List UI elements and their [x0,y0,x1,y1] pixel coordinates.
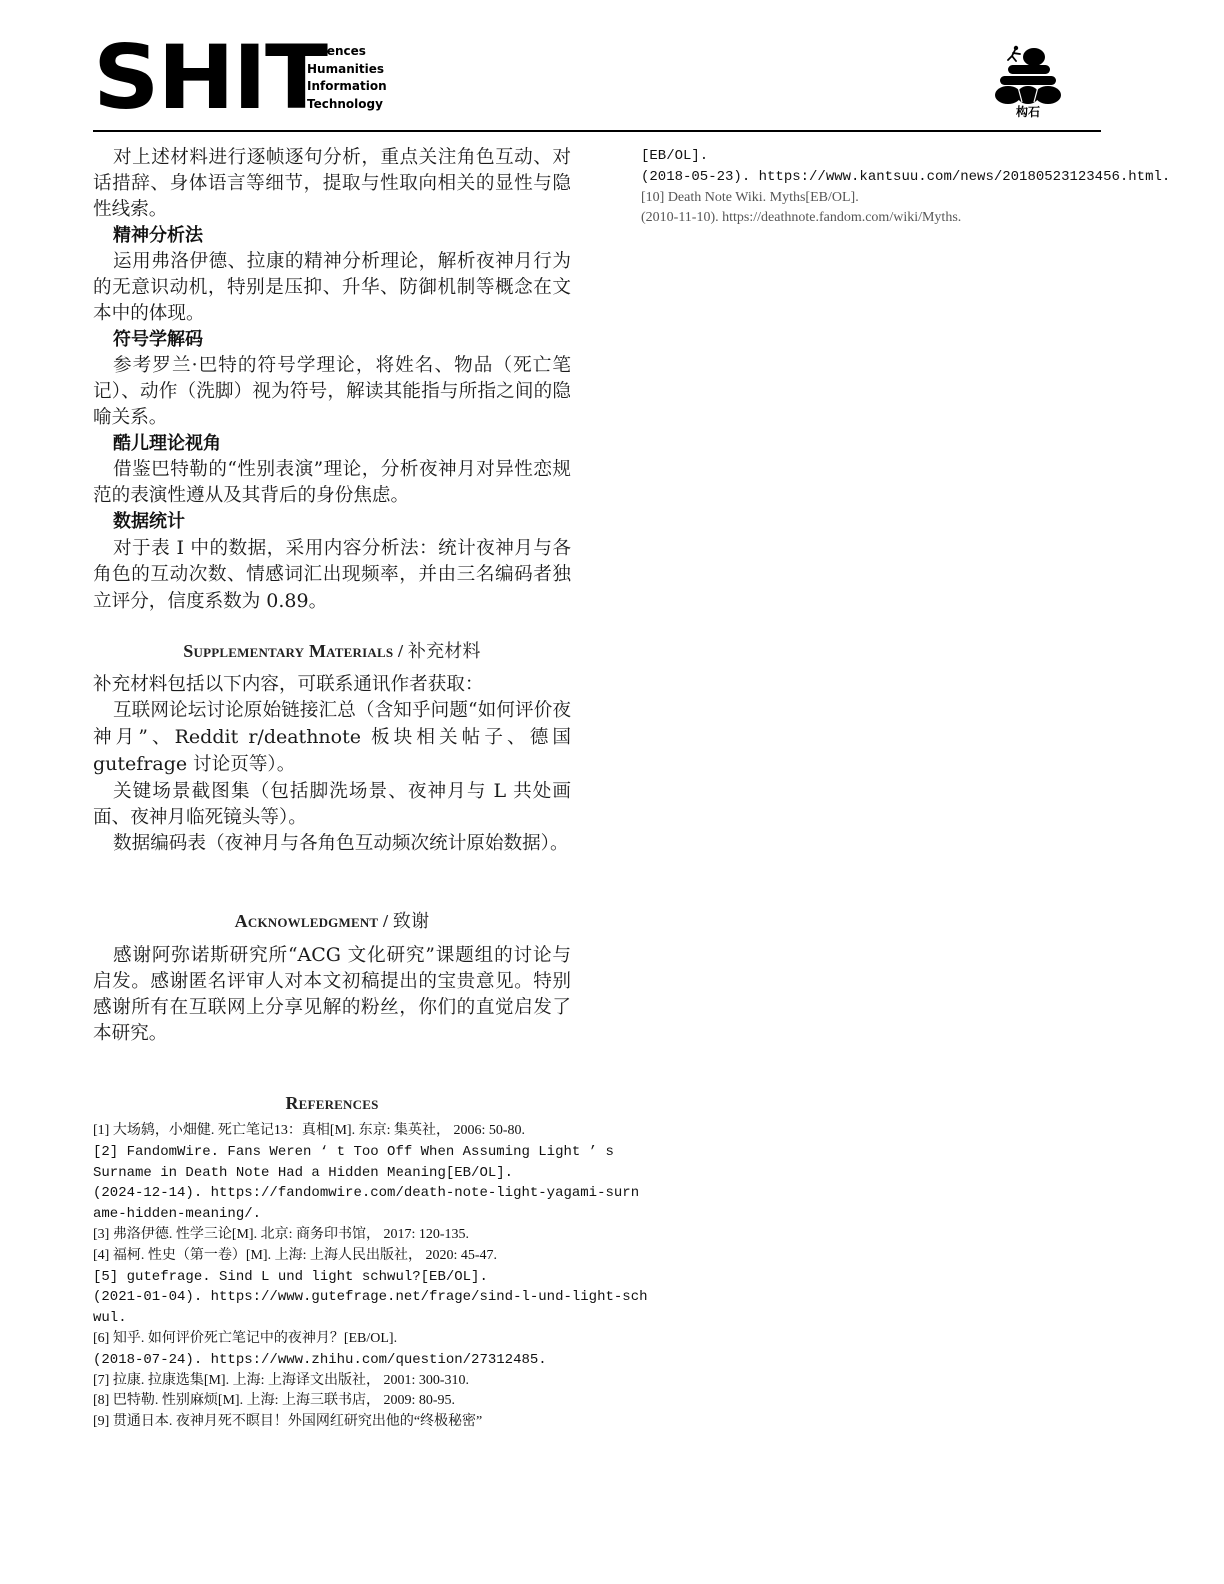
reference-line: [5] gutefrage. Sind L und light schwul?[… [93,1267,571,1288]
gutefrage-site-name: gutefrage [93,753,187,775]
brand-mark: 构石 [993,44,1063,124]
reference-link[interactable]: wul. [93,1308,571,1329]
acg-abbrev: ACG [297,944,340,966]
reference-line: [6] 知乎. 如何评价死亡笔记中的夜神月？[EB/OL]. [93,1329,571,1350]
supplementary-item: 互联网论坛讨论原始链接汇总（含知乎问题“如何评价夜神月”、Reddit r/de… [93,698,571,778]
text-span: 感谢阿弥诺斯研究所“ [113,945,297,966]
reference-link[interactable]: ame-hidden-meaning/. [93,1204,571,1225]
method-text-psychoanalysis: 运用弗洛伊德、拉康的精神分析理论，解析夜神月行为的无意识动机，特别是压抑、升华、… [93,249,571,327]
text-span: 数据编码表（夜神月与各角色互动频次统计原始数据）。 [113,833,569,854]
method-text-semiotics: 参考罗兰·巴特的符号学理论，将姓名、物品（死亡笔记）、动作（洗脚）视为符号，解读… [93,353,571,431]
supplementary-item: 关键场景截图集（包括脚洗场景、夜神月与 L 共处画面、夜神月临死镜头等）。 [93,778,571,831]
reference-line: Surname in Death Note Had a Hidden Meani… [93,1163,571,1184]
text-span: 关键场景截图集（包括脚洗场景、夜神月与 [113,781,493,802]
reference-line: [3] 弗洛伊德. 性学三论[M]. 北京: 商务印书馆， 2017: 120-… [93,1225,571,1246]
table-numeral: I [177,537,185,559]
method-heading-psychoanalysis: 精神分析法 [93,223,571,249]
supplementary-item: 数据编码表（夜神月与各角色互动频次统计原始数据）。 [93,831,571,857]
section-title-en: Supplementary Materials [183,641,393,661]
section-title-supplementary: Supplementary Materials / 补充材料 [93,639,571,664]
header-divider [93,130,1101,132]
section-title-en: Acknowledgment [235,911,379,931]
section-title-zh: 补充材料 [408,641,481,662]
reference-link[interactable]: (2018-05-23). https://www.kantsuu.com/ne… [641,167,1111,188]
reference-line: [EB/OL]. [641,146,1111,167]
brand-name: 构石 [993,105,1063,119]
method-text-queer-theory: 借鉴巴特勒的“性别表演”理论，分析夜神月对异性恋规范的表演性遵从及其背后的身份焦… [93,457,571,509]
page-header: SHIT Sciences Humanities Information Tec… [93,38,1101,130]
method-heading-statistics: 数据统计 [93,509,571,535]
method-text-statistics: 对于表 I 中的数据，采用内容分析法：统计夜神月与各角色的互动次数、情感词汇出现… [93,535,571,615]
right-column: [EB/OL]. (2018-05-23). https://www.kants… [641,146,1111,229]
tagline-line: Humanities [307,61,387,79]
reference-link[interactable]: (2021-01-04). https://www.gutefrage.net/… [93,1287,571,1308]
character-l: L [493,780,506,802]
reference-line: [8] 巴特勒. 性别麻烦[M]. 上海: 上海三联书店， 2009: 80-9… [93,1391,571,1412]
text-span: 对于表 [113,538,177,559]
section-title-separator: / [378,911,393,931]
text-span: 板块相关帖子、德国 [361,727,571,748]
tagline-line: Information [307,78,387,96]
reference-link[interactable]: (2024-12-14). https://fandomwire.com/dea… [93,1183,571,1204]
reddit-forum-name: Reddit r/deathnote [175,726,361,748]
reference-list-continued: [EB/OL]. (2018-05-23). https://www.kants… [641,146,1111,229]
intro-paragraph: 对上述材料进行逐帧逐句分析，重点关注角色互动、对话措辞、身体语言等细节，提取与性… [93,145,571,223]
reference-link[interactable]: (2018-07-24). https://www.zhihu.com/ques… [93,1350,571,1371]
section-title-references: References [93,1091,571,1115]
reference-line: [10] Death Note Wiki. Myths[EB/OL]. [641,188,1111,209]
tagline-line: Sciences [307,43,387,61]
method-heading-semiotics: 符号学解码 [93,327,571,353]
reference-line: [4] 福柯. 性史（第一卷）[M]. 上海: 上海人民出版社， 2020: 4… [93,1246,571,1267]
section-title-zh: 致谢 [393,911,429,932]
journal-logo-wordmark: SHIT [93,38,326,118]
reference-line: [7] 拉康. 拉康选集[M]. 上海: 上海译文出版社， 2001: 300-… [93,1371,571,1392]
section-title-separator: / [393,641,408,661]
reference-line: [1] 大场鸫，小畑健. 死亡笔记13：真相[M]. 东京: 集英社， 2006… [93,1121,571,1142]
method-heading-queer-theory: 酷儿理论视角 [93,431,571,457]
text-span: 讨论页等）。 [187,754,295,775]
text-span: 。 [309,591,328,612]
supplementary-intro: 补充材料包括以下内容，可联系通讯作者获取： [93,672,571,698]
left-column: 对上述材料进行逐帧逐句分析，重点关注角色互动、对话措辞、身体语言等细节，提取与性… [93,145,571,1433]
reference-line: [9] 贯通日本. 夜神月死不瞑目！外国网红研究出他的“终极秘密” [93,1412,571,1433]
reference-link[interactable]: (2010-11-10). https://deathnote.fandom.c… [641,208,1111,229]
section-title-acknowledgment: Acknowledgment / 致谢 [93,909,571,934]
reference-list: [1] 大场鸫，小畑健. 死亡笔记13：真相[M]. 东京: 集英社， 2006… [93,1121,571,1433]
stone-pyramid-icon [993,44,1063,104]
tagline-line: Technology [307,96,387,114]
acknowledgment-text: 感谢阿弥诺斯研究所“ACG 文化研究”课题组的讨论与启发。感谢匿名评审人对本文初… [93,942,571,1047]
journal-tagline: Sciences Humanities Information Technolo… [307,43,387,113]
reference-line: [2] FandomWire. Fans Weren ‘ t Too Off W… [93,1142,571,1163]
reliability-coefficient: 0.89 [266,590,308,612]
